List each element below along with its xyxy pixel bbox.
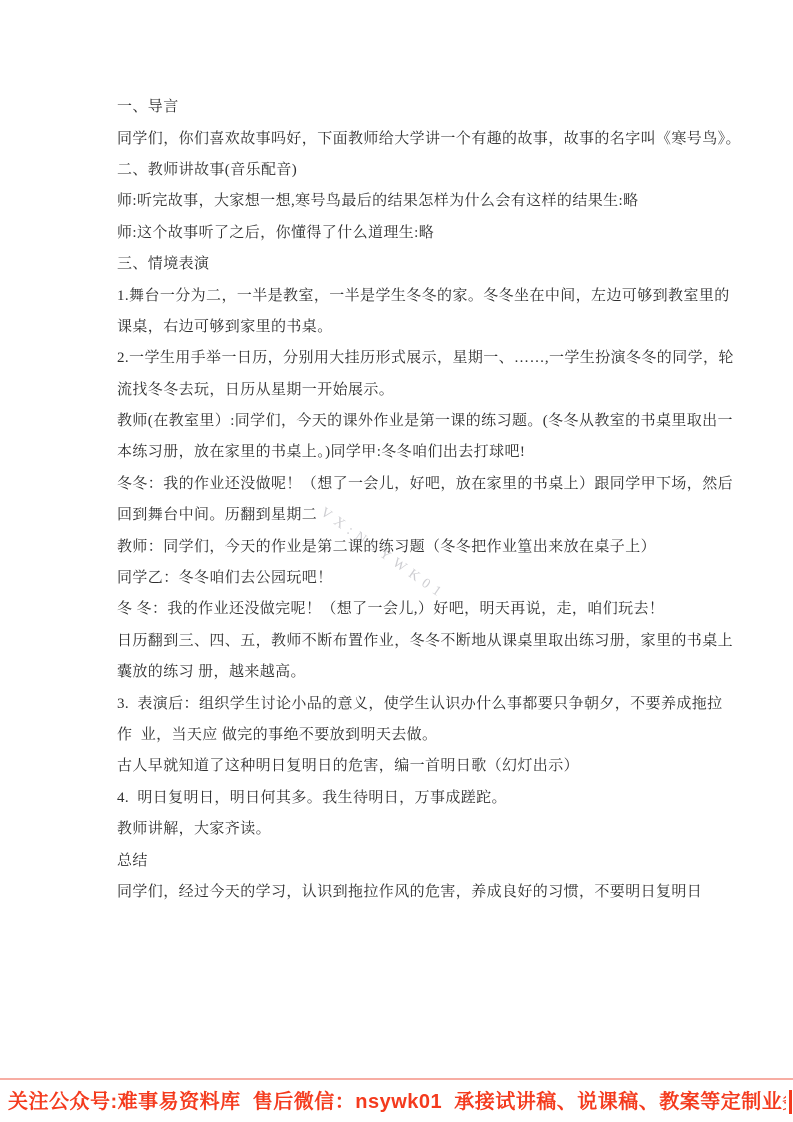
promo-footer-text: 关注公众号:难事易资料库 售后微信：nsywk01 承接试讲稿、说课稿、教案等定…: [8, 1085, 786, 1114]
text-line: 教师：同学们，今天的作业是第二课的练习题（冬冬把作业篁出来放在桌子上）: [117, 529, 689, 560]
text-line: 二、教师讲故事(音乐配音): [117, 153, 689, 184]
text-line: 三、情境表演: [117, 247, 689, 278]
text-line: 冬冬：我的作业还没做呢！（想了一会儿，好吧，放在家里的书桌上）跟同学甲下场，然后: [117, 467, 689, 498]
text-line: 1.舞台一分为二，一半是教室，一半是学生冬冬的家。冬冬坐在中间，左边可够到教室里…: [117, 278, 689, 309]
text-line: 本练习册，放在家里的书桌上。)同学甲:冬冬咱们出去打球吧!: [117, 435, 689, 466]
footer-edge-mark: [789, 1090, 792, 1114]
text-line: 囊放的练习 册，越来越高。: [117, 655, 689, 686]
text-line: 古人早就知道了这种明日复明日的危害，编一首明日歌（幻灯出示）: [117, 749, 689, 780]
footer-divider: [0, 1078, 793, 1080]
document-body: 一、导言同学们，你们喜欢故事吗好，下面教师给大学讲一个有趣的故事，故事的名字叫《…: [117, 90, 689, 906]
text-line: 回到舞台中间。历翻到星期二: [117, 498, 689, 529]
text-line: 同学们，经过今天的学习，认识到拖拉作风的危害，养成良好的习惯，不要明日复明日: [117, 875, 689, 906]
text-line: 总结: [117, 843, 689, 874]
text-line: 2.一学生用手举一日历，分别用大挂历形式展示，星期一、……,一学生扮演冬冬的同学…: [117, 341, 689, 372]
text-line: 冬 冬：我的作业还没做完呢！（想了一会儿,）好吧，明天再说，走，咱们玩去！: [117, 592, 689, 623]
text-line: 流找冬冬去玩，日历从星期一开始展示。: [117, 373, 689, 404]
text-line: 日历翻到三、四、五，教师不断布置作业，冬冬不断地从课桌里取出练习册，家里的书桌上: [117, 624, 689, 655]
text-line: 一、导言: [117, 90, 689, 121]
document-page: 一、导言同学们，你们喜欢故事吗好，下面教师给大学讲一个有趣的故事，故事的名字叫《…: [0, 0, 793, 1122]
text-line: 课桌，右边可够到家里的书桌。: [117, 310, 689, 341]
text-line: 3. 表演后：组织学生讨论小品的意义，使学生认识办什么事都要只争朝夕，不要养成拖…: [117, 686, 689, 717]
text-line: 教师(在教室里）:同学们，今天的课外作业是第一课的练习题。(冬冬从教室的书桌里取…: [117, 404, 689, 435]
text-line: 师:听完故事，大家想一想,寒号鸟最后的结果怎样为什么会有这样的结果生:略: [117, 184, 689, 215]
text-line: 作 业，当天应 做完的事绝不要放到明天去做。: [117, 718, 689, 749]
text-line: 教师讲解，大家齐读。: [117, 812, 689, 843]
text-line: 同学乙：冬冬咱们去公园玩吧！: [117, 561, 689, 592]
text-line: 师:这个故事听了之后，你懂得了什么道理生:略: [117, 216, 689, 247]
text-line: 4. 明日复明日，明日何其多。我生待明日，万事成蹉跎。: [117, 781, 689, 812]
text-line: 同学们，你们喜欢故事吗好，下面教师给大学讲一个有趣的故事，故事的名字叫《寒号鸟》…: [117, 121, 689, 152]
